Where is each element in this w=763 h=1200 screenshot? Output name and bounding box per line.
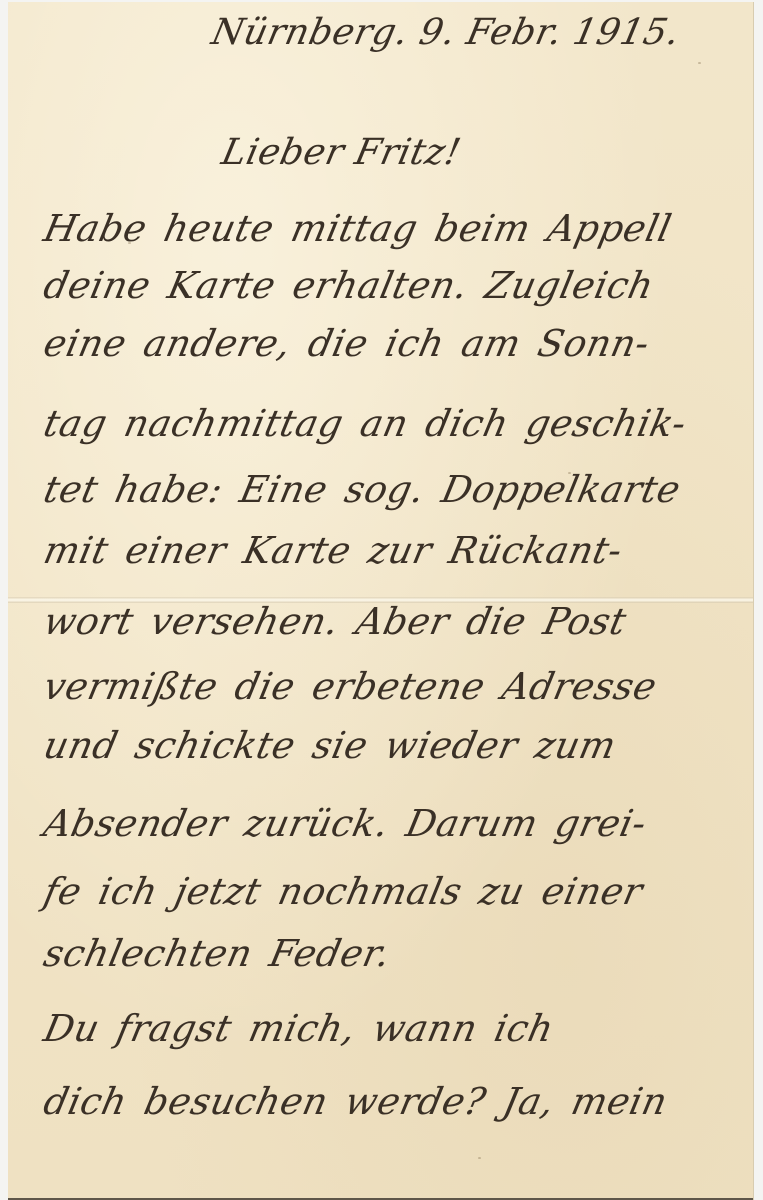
- letter-line: und schickte sie wieder zum: [40, 724, 620, 767]
- letter-line: Du fragst mich, wann ich: [40, 1007, 558, 1050]
- letter-page: Nürnberg. 9. Febr. 1915. Lieber Fritz! H…: [8, 2, 753, 1200]
- place-date: Nürnberg. 9. Febr. 1915.: [208, 12, 684, 53]
- letter-line: vermißte die erbetene Adresse: [40, 665, 661, 708]
- letter-line: Absender zurück. Darum grei-: [40, 802, 650, 845]
- letter-line: tet habe: Eine sog. Doppelkarte: [40, 468, 685, 511]
- letter-line: dich besuchen werde? Ja, mein: [40, 1080, 671, 1123]
- letter-line: fe ich jetzt nochmals zu einer: [40, 870, 647, 913]
- paper-speck: [478, 1157, 481, 1159]
- letter-line: deine Karte erhalten. Zugleich: [40, 264, 658, 307]
- letter-line: wort versehen. Aber die Post: [40, 600, 630, 643]
- letter-line: eine andere, die ich am Sonn-: [40, 322, 653, 365]
- letter-line: Habe heute mittag beim Appell: [40, 207, 675, 250]
- salutation: Lieber Fritz!: [218, 132, 465, 173]
- letter-line: tag nachmittag an dich geschik-: [40, 402, 690, 445]
- letter-line: schlechten Feder.: [40, 932, 394, 975]
- letter-line: mit einer Karte zur Rückant-: [40, 529, 626, 572]
- paper-speck: [698, 62, 701, 64]
